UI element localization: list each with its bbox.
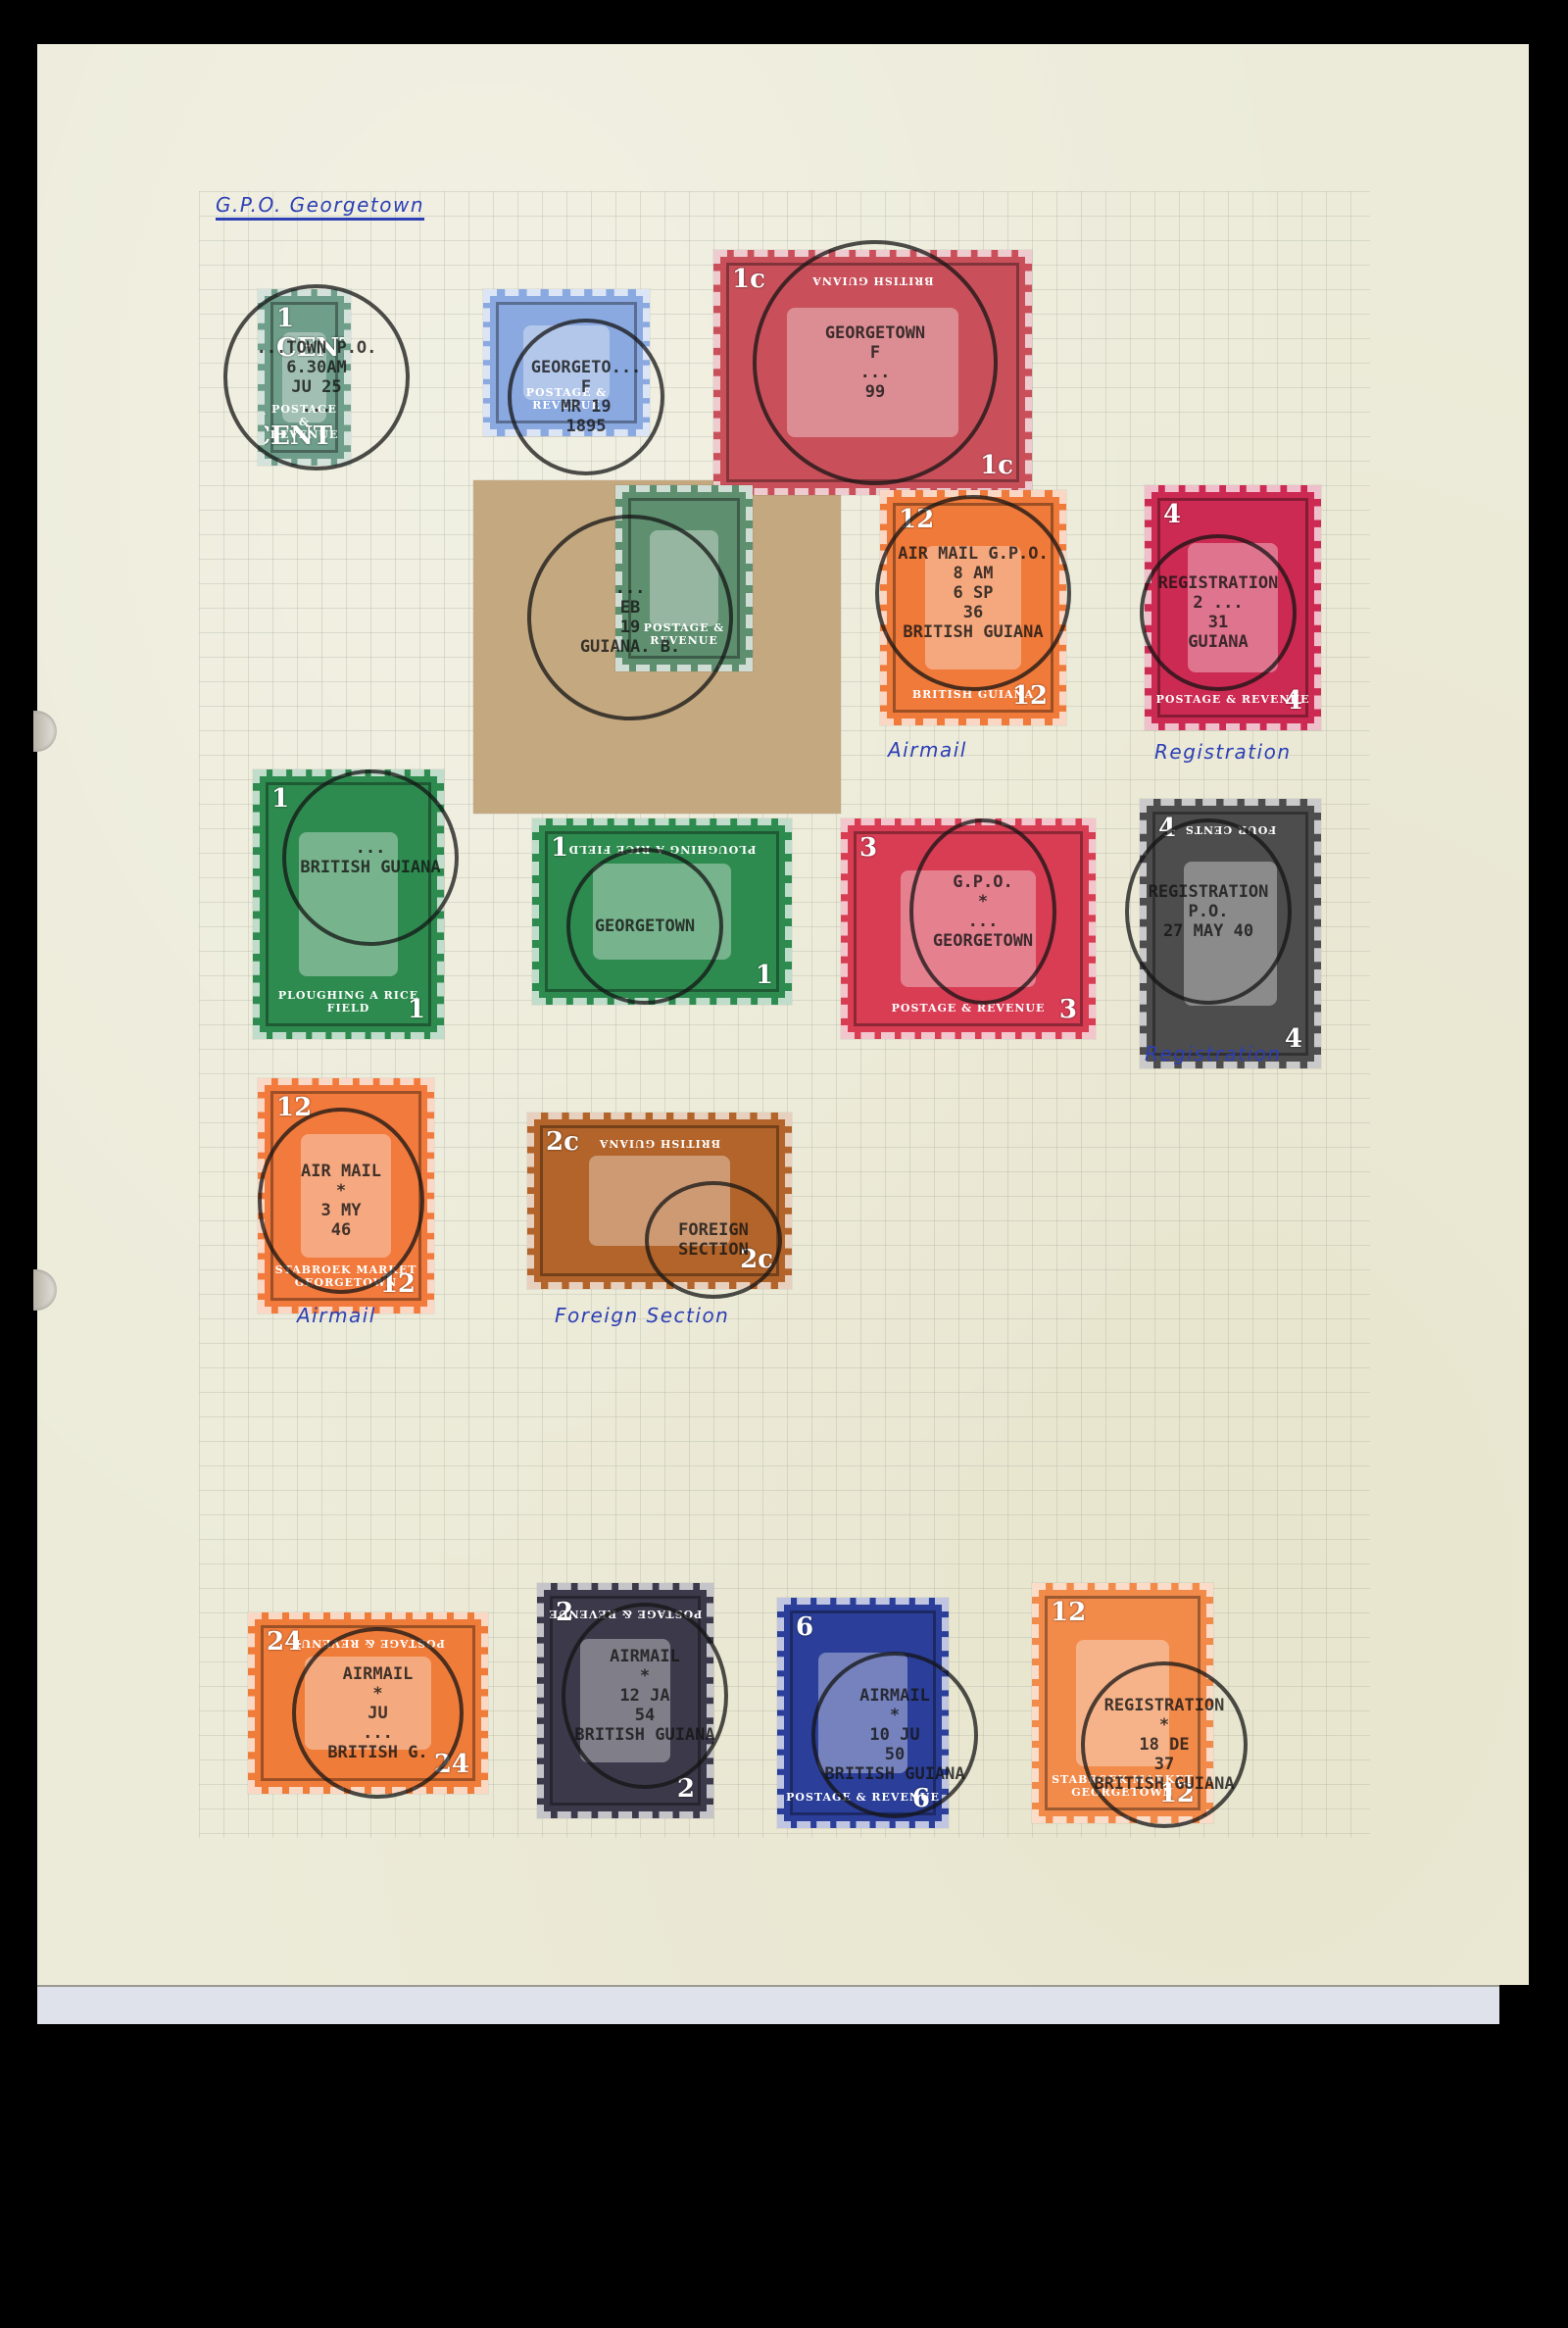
postmark-text: AIR MAIL * 3 MY 46 xyxy=(262,1162,420,1240)
label-airmail: Airmail xyxy=(297,1304,376,1327)
postmark-text: REGISTRATION 2 ... 31 GUIANA xyxy=(1144,573,1293,652)
postmark: REGISTRATION 2 ... 31 GUIANA xyxy=(1140,534,1297,691)
binder-hole xyxy=(33,711,57,752)
underlying-page-edge xyxy=(37,1985,1499,2024)
postmark-text: G.P.O. * ... GEORGETOWN xyxy=(913,872,1053,951)
label-foreign-section: Foreign Section xyxy=(555,1304,729,1327)
postmark: ... BRITISH GUIANA xyxy=(282,769,459,946)
postmark: GEORGETO... F MR 19 1895 xyxy=(508,319,664,475)
postmark: AIR MAIL G.P.O. 8 AM 6 SP 36 BRITISH GUI… xyxy=(875,495,1071,691)
stamp-legend: BRITISH GUIANA xyxy=(534,1137,785,1150)
postmark-text: AIRMAIL * JU ... BRITISH G. xyxy=(296,1664,460,1762)
binder-hole xyxy=(33,1269,57,1311)
stamp-value: 12 xyxy=(1051,1598,1086,1627)
postmark: ...TOWN P.O. 6.30AM JU 25 ... xyxy=(223,284,410,471)
label-airmail: Airmail xyxy=(888,738,967,762)
postmark: FOREIGN SECTION xyxy=(645,1181,782,1299)
postmark-text: REGISTRATION P.O. 27 MAY 40 xyxy=(1129,882,1288,941)
label-registration: Registration xyxy=(1154,740,1292,764)
postmark-text: GEORGETO... F MR 19 1895 xyxy=(512,358,661,436)
postmark: GEORGETOWN xyxy=(566,848,723,1005)
stamp-legend: PLOUGHING A RICE FIELD xyxy=(260,989,437,1015)
postmark-text: AIRMAIL * 12 JA 54 BRITISH GUIANA xyxy=(565,1647,724,1745)
stamp-value: 4 xyxy=(1163,500,1181,529)
page-title: G.P.O. Georgetown xyxy=(216,193,424,217)
album-page: G.P.O. Georgetown 1 CENT 1 CENT POSTAGE … xyxy=(37,44,1529,1985)
postmark-text: AIRMAIL * 10 JU 50 BRITISH GUIANA xyxy=(815,1686,974,1784)
postmark: REGISTRATION P.O. 27 MAY 40 xyxy=(1125,818,1292,1005)
postmark-text: FOREIGN SECTION xyxy=(649,1220,778,1260)
postmark-text: GEORGETOWN F ... 99 xyxy=(757,323,994,402)
postmark: REGISTRATION * 18 DE 37 BRITISH GUIANA xyxy=(1081,1661,1248,1828)
stamp-value: 4 xyxy=(1285,1024,1302,1054)
stamp-value: 1 xyxy=(271,784,289,814)
stamp-value: 6 xyxy=(796,1612,813,1642)
stamp-value: 1 xyxy=(756,961,773,990)
postmark-text: ... EB 19 GUIANA. B. xyxy=(531,578,729,657)
postmark: AIRMAIL * 12 JA 54 BRITISH GUIANA xyxy=(562,1603,728,1789)
stamp-value: 3 xyxy=(859,833,877,863)
postmark-text: GEORGETOWN xyxy=(570,916,719,936)
stamp-value: 1c xyxy=(980,451,1013,480)
postmark-text: REGISTRATION * 18 DE 37 BRITISH GUIANA xyxy=(1085,1696,1244,1794)
postmark: G.P.O. * ... GEORGETOWN xyxy=(909,818,1056,1005)
postmark-text: AIR MAIL G.P.O. 8 AM 6 SP 36 BRITISH GUI… xyxy=(879,544,1067,642)
postmark-text: ... BRITISH GUIANA xyxy=(286,838,455,877)
postmark: AIRMAIL * JU ... BRITISH G. xyxy=(292,1627,464,1799)
postmark: AIR MAIL * 3 MY 46 xyxy=(258,1108,424,1294)
postmark-text: ...TOWN P.O. 6.30AM JU 25 ... xyxy=(227,338,406,417)
postmark: AIRMAIL * 10 JU 50 BRITISH GUIANA xyxy=(811,1652,978,1818)
stamp-legend: POSTAGE & REVENUE xyxy=(1151,693,1314,706)
postmark: GEORGETOWN F ... 99 xyxy=(753,240,998,485)
label-registration: Registration xyxy=(1145,1042,1282,1065)
postmark: ... EB 19 GUIANA. B. xyxy=(527,515,733,720)
stamp-legend: POSTAGE & REVENUE xyxy=(848,1002,1089,1015)
